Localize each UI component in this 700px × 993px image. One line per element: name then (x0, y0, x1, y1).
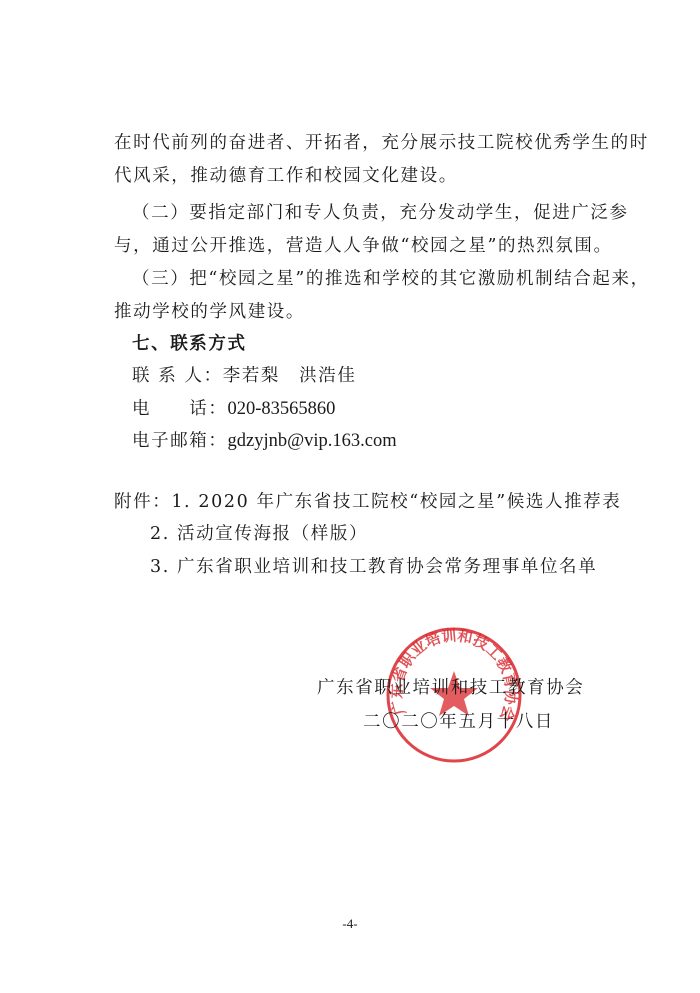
signature-organization: 广东省职业培训和技工教育协会 (317, 676, 584, 700)
item-two-line: （二）要指定部门和专人负责，充分发动学生，促进广泛参 (132, 201, 629, 225)
attachment-item: 3. 广东省职业培训和技工教育协会常务理事单位名单 (150, 555, 597, 579)
contact-phone-label: 电 话： (132, 399, 228, 419)
contact-heading: 七、联系方式 (132, 332, 247, 356)
contact-person-value: 李若梨 洪浩佳 (223, 366, 357, 386)
attachment-item: 2. 活动宣传海报（样版） (150, 522, 368, 546)
page-number: -4- (0, 916, 700, 932)
contact-phone-row: 电 话：020-83565860 (132, 397, 335, 421)
item-three-line: 推动学校的学风建设。 (114, 300, 305, 324)
attachments-label: 附件： (114, 492, 171, 512)
item-two-line: 与，通过公开推选，营造人人争做“校园之星”的热烈氛围。 (114, 234, 613, 258)
body-text-line: 在时代前列的奋进者、开拓者，充分展示技工院校优秀学生的时 (114, 131, 649, 155)
signature-date: 二〇二〇年五月十八日 (363, 710, 554, 734)
contact-email-value: gdzyjnb@vip.163.com (228, 431, 397, 451)
contact-phone-value: 020-83565860 (228, 399, 336, 419)
contact-person-label: 联 系 人： (132, 366, 223, 386)
contact-email-row: 电子邮箱：gdzyjnb@vip.163.com (132, 429, 397, 453)
contact-person-row: 联 系 人：李若梨 洪浩佳 (132, 364, 356, 388)
contact-email-label: 电子邮箱： (132, 431, 228, 451)
attachment-item: 1. 2020 年广东省技工院校“校园之星”候选人推荐表 (171, 492, 621, 512)
item-three-line: （三）把“校园之星”的推选和学校的其它激励机制结合起来， (132, 267, 650, 291)
body-text-line: 代风采，推动德育工作和校园文化建设。 (114, 164, 458, 188)
attachment-row: 附件：1. 2020 年广东省技工院校“校园之星”候选人推荐表 (114, 490, 621, 514)
